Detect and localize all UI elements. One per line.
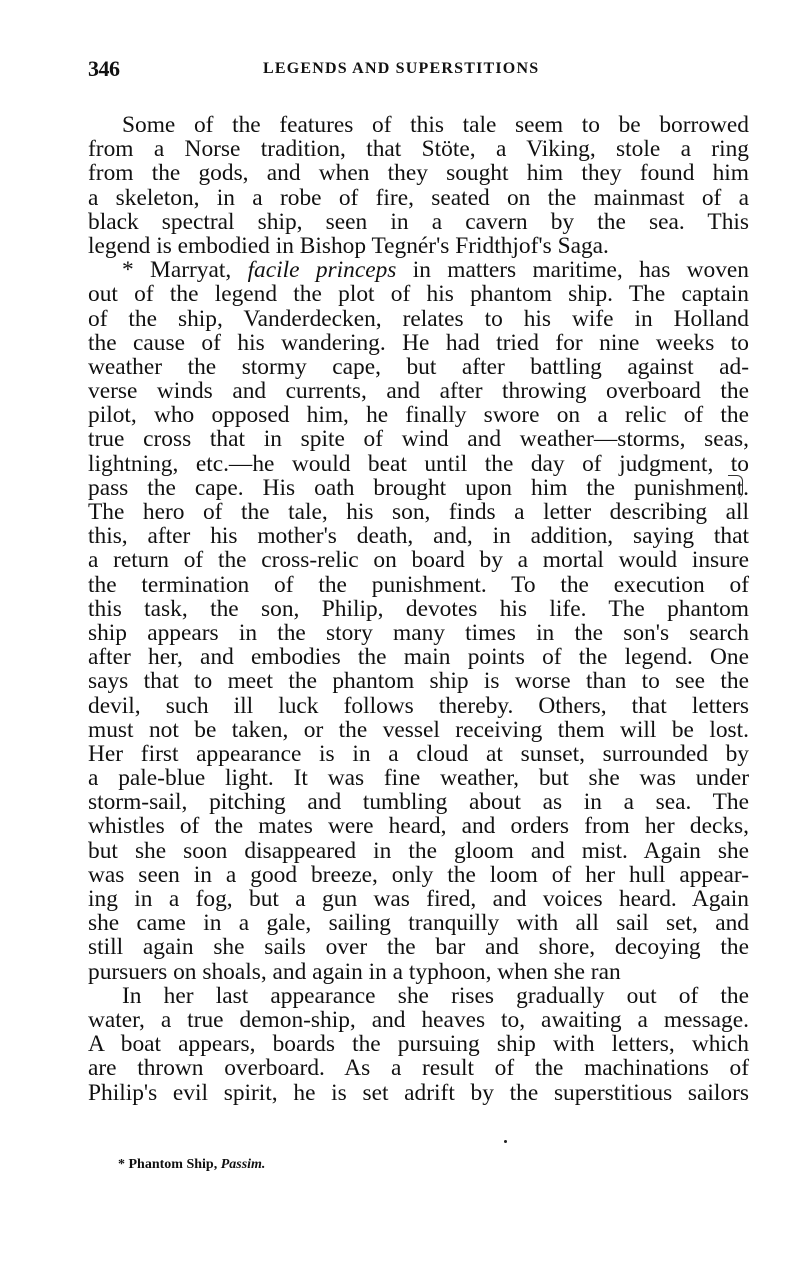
text-line: lightning, etc.—he would beat until the … <box>88 452 749 476</box>
text-line: but she soon disappeared in the gloom an… <box>88 839 749 863</box>
text-line: whistles of the mates were heard, and or… <box>88 814 749 838</box>
text-line: the termination of the punishment. To th… <box>88 573 749 597</box>
ink-dot <box>504 1140 507 1143</box>
page-header: 346 LEGENDS AND SUPERSTITIONS <box>88 56 748 86</box>
text-line: she came in a gale, sailing tranquilly w… <box>88 911 749 935</box>
text-line: from the gods, and when they sought him … <box>88 161 749 185</box>
running-title: LEGENDS AND SUPERSTITIONS <box>263 60 539 78</box>
text-line: must not be taken, or the vessel receivi… <box>88 718 749 742</box>
footnote: * Phantom Ship, Passim. <box>118 1157 265 1173</box>
footnote-ref-line: * Marryat, facile princeps in matters ma… <box>88 258 749 282</box>
text-line: Her first appearance is in a cloud at su… <box>88 742 749 766</box>
body-text: Some of the features of this tale seem t… <box>88 113 749 1105</box>
text-line: verse winds and currents, and after thro… <box>88 379 749 403</box>
text-line: from a Norse tradition, that Stöte, a Vi… <box>88 137 749 161</box>
text-line: after her, and embodies the main points … <box>88 645 749 669</box>
text-line: weather the stormy cape, but after battl… <box>88 355 749 379</box>
text-line: In her last appearance she rises gradual… <box>88 984 749 1008</box>
footnote-italic: Passim. <box>221 1157 266 1172</box>
text-segment: in matters maritime, has woven <box>396 257 749 283</box>
text-line: this task, the son, Philip, devotes his … <box>88 597 749 621</box>
text-line: a skeleton, in a robe of fire, seated on… <box>88 186 749 210</box>
text-line: pursuers on shoals, and again in a typho… <box>88 960 749 984</box>
text-line: pass the cape. His oath brought upon him… <box>88 476 749 500</box>
text-line: A boat appears, boards the pursuing ship… <box>88 1032 749 1056</box>
text-line: out of the legend the plot of his phanto… <box>88 282 749 306</box>
text-line: a return of the cross-relic on board by … <box>88 548 749 572</box>
text-line: devil, such ill luck follows thereby. Ot… <box>88 694 749 718</box>
text-line: black spectral ship, seen in a cavern by… <box>88 210 749 234</box>
text-line: water, a true demon-ship, and heaves to,… <box>88 1008 749 1032</box>
footnote-text: * Phantom Ship, <box>118 1157 221 1172</box>
text-line: Philip's evil spirit, he is set adrift b… <box>88 1081 749 1105</box>
text-line: a pale-blue light. It was fine weather, … <box>88 766 749 790</box>
italic-phrase: facile princeps <box>248 257 397 283</box>
text-line: Some of the features of this tale seem t… <box>88 113 749 137</box>
handwritten-bracket-mark <box>728 475 743 498</box>
text-line: are thrown overboard. As a result of the… <box>88 1056 749 1080</box>
text-line: pilot, who opposed him, he finally swore… <box>88 403 749 427</box>
text-line: of the ship, Vanderdecken, relates to hi… <box>88 307 749 331</box>
text-line: storm-sail, pitching and tumbling about … <box>88 790 749 814</box>
text-segment: * Marryat, <box>122 257 248 283</box>
text-line: this, after his mother's death, and, in … <box>88 524 749 548</box>
text-line: ing in a fog, but a gun was fired, and v… <box>88 887 749 911</box>
text-line: legend is embodied in Bishop Tegnér's Fr… <box>88 234 749 258</box>
page-number: 346 <box>88 56 120 82</box>
text-line: still again she sails over the bar and s… <box>88 935 749 959</box>
text-line: the cause of his wandering. He had tried… <box>88 331 749 355</box>
text-line: true cross that in spite of wind and wea… <box>88 427 749 451</box>
text-line: The hero of the tale, his son, finds a l… <box>88 500 749 524</box>
text-line: was seen in a good breeze, only the loom… <box>88 863 749 887</box>
text-line: says that to meet the phantom ship is wo… <box>88 669 749 693</box>
text-line: ship appears in the story many times in … <box>88 621 749 645</box>
